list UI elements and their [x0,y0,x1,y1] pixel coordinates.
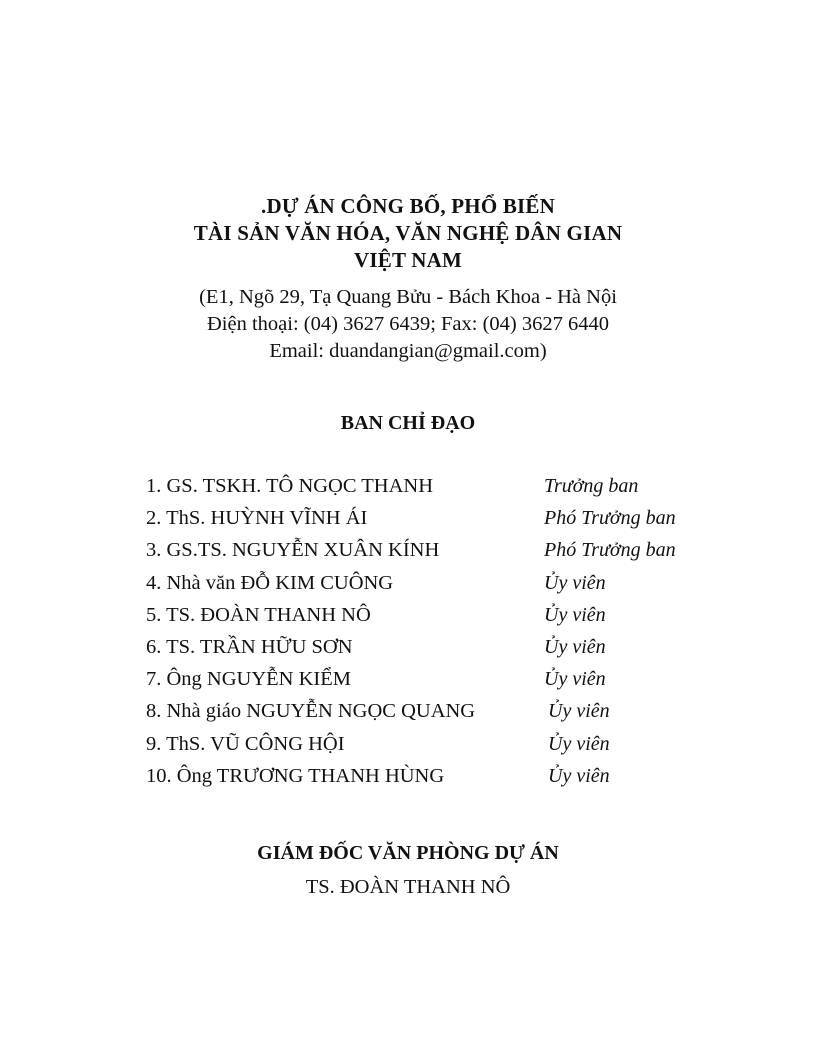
member-row: 8. Nhà giáo NGUYỄN NGỌC QUANG Ủy viên [146,697,726,729]
steering-committee-heading: BAN CHỈ ĐẠO [0,410,816,437]
project-title: .DỰ ÁN CÔNG BỐ, PHỔ BIẾN TÀI SẢN VĂN HÓA… [0,193,816,274]
member-name: 6. TS. TRẦN HỮU SƠN [146,633,353,661]
member-row: 3. GS.TS. NGUYỄN XUÂN KÍNH Phó Trưởng ba… [146,536,726,568]
member-row: 5. TS. ĐOÀN THANH NÔ Ủy viên [146,601,726,633]
project-title-line-2: TÀI SẢN VĂN HÓA, VĂN NGHỆ DÂN GIAN [0,220,816,247]
office-director-name: TS. ĐOÀN THANH NÔ [0,874,816,901]
member-name: 10. Ông TRƯƠNG THANH HÙNG [146,762,444,790]
member-name: 5. TS. ĐOÀN THANH NÔ [146,601,371,629]
member-role: Ủy viên [548,762,610,790]
member-row: 2. ThS. HUỲNH VĨNH ÁI Phó Trưởng ban [146,504,726,536]
phone-fax-line: Điện thoại: (04) 3627 6439; Fax: (04) 36… [0,311,816,338]
member-name: 9. ThS. VŨ CÔNG HỘI [146,730,345,758]
committee-member-list: 1. GS. TSKH. TÔ NGỌC THANH Trưởng ban 2.… [146,472,726,794]
member-role: Ủy viên [544,601,606,629]
member-role: Ủy viên [544,569,606,597]
project-title-line-1: .DỰ ÁN CÔNG BỐ, PHỔ BIẾN [0,193,816,220]
member-row: 9. ThS. VŨ CÔNG HỘI Ủy viên [146,730,726,762]
member-name: 8. Nhà giáo NGUYỄN NGỌC QUANG [146,697,475,725]
member-role: Ủy viên [544,665,606,693]
project-title-line-3: VIỆT NAM [0,247,816,274]
member-row: 6. TS. TRẦN HỮU SƠN Ủy viên [146,633,726,665]
address-line: (E1, Ngõ 29, Tạ Quang Bửu - Bách Khoa - … [0,284,816,311]
member-role: Phó Trưởng ban [544,504,676,532]
member-row: 7. Ông NGUYỄN KIỂM Ủy viên [146,665,726,697]
member-role: Ủy viên [544,633,606,661]
document-page: .DỰ ÁN CÔNG BỐ, PHỔ BIẾN TÀI SẢN VĂN HÓA… [0,0,816,1056]
member-role: Phó Trưởng ban [544,536,676,564]
contact-address: (E1, Ngõ 29, Tạ Quang Bửu - Bách Khoa - … [0,284,816,365]
member-row: 1. GS. TSKH. TÔ NGỌC THANH Trưởng ban [146,472,726,504]
member-name: 2. ThS. HUỲNH VĨNH ÁI [146,504,367,532]
member-name: 1. GS. TSKH. TÔ NGỌC THANH [146,472,433,500]
member-name: 3. GS.TS. NGUYỄN XUÂN KÍNH [146,536,439,564]
office-director-heading: GIÁM ĐỐC VĂN PHÒNG DỰ ÁN [0,840,816,867]
email-line: Email: duandangian@gmail.com) [0,338,816,365]
member-role: Ủy viên [548,697,610,725]
member-row: 4. Nhà văn ĐỖ KIM CUÔNG Ủy viên [146,569,726,601]
member-role: Ủy viên [548,730,610,758]
member-row: 10. Ông TRƯƠNG THANH HÙNG Ủy viên [146,762,726,794]
member-name: 4. Nhà văn ĐỖ KIM CUÔNG [146,569,393,597]
member-role: Trưởng ban [544,472,638,500]
member-name: 7. Ông NGUYỄN KIỂM [146,665,351,693]
